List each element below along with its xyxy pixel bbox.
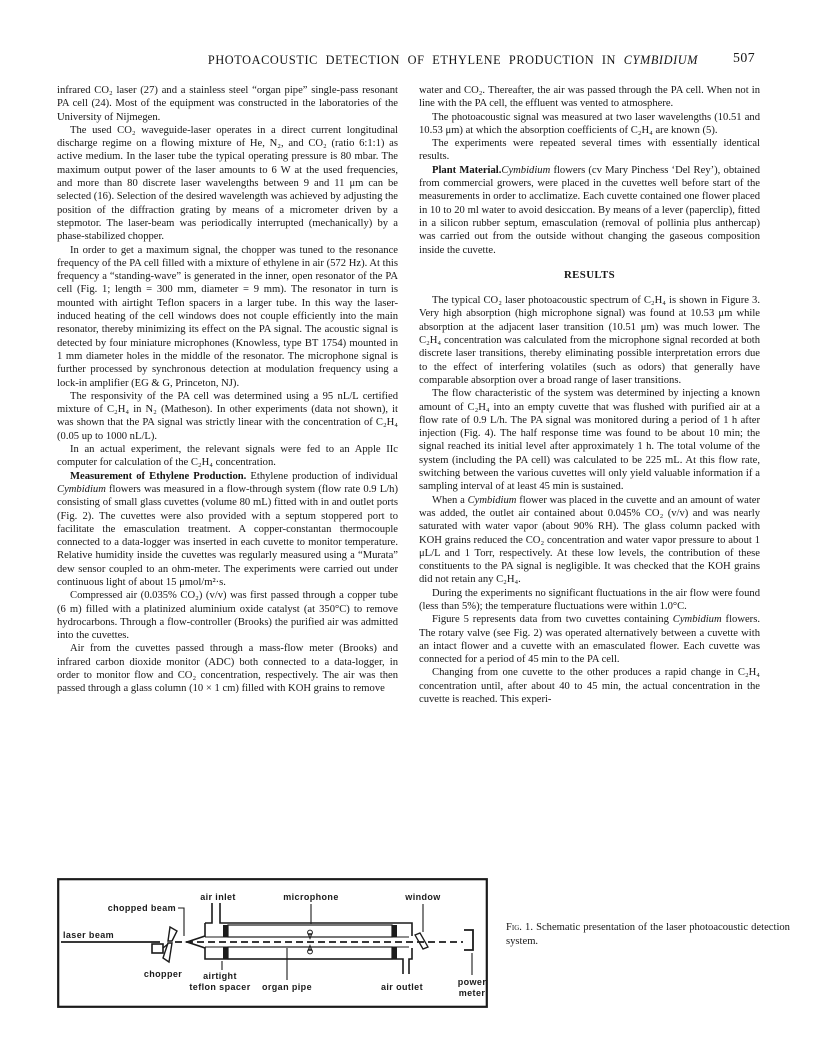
text-run: flower was placed in the cuvette and an … [419, 495, 760, 586]
paragraph: During the experiments no significant fl… [419, 587, 760, 614]
italic-run: Cymbidium [57, 484, 106, 495]
text-run: flowers was measured in a flow-through s… [57, 484, 398, 588]
text-run: infrared CO₂ laser (27) and a stainless … [57, 85, 398, 123]
figure-diagram: air inlet microphone window chopped beam… [57, 878, 488, 1008]
text-run: When a [432, 495, 468, 506]
paragraph: The photoacoustic signal was measured at… [419, 111, 760, 138]
italic-run: Cymbidium [468, 495, 517, 506]
bold-lead: Measurement of Ethylene Production. [70, 471, 246, 482]
text-run: During the experiments no significant fl… [419, 588, 760, 612]
text-run: The flow characteristic of the system wa… [419, 388, 760, 492]
text-run: The responsivity of the PA cell was dete… [57, 391, 398, 442]
paragraph: Changing from one cuvette to the other p… [419, 666, 760, 706]
organ-pipe-label: organ pipe [262, 982, 312, 992]
running-title-text: PHOTOACOUSTIC DETECTION OF ETHYLENE PROD… [208, 53, 616, 67]
chopped-beam-label: chopped beam [108, 903, 176, 913]
pa-cell-outline [187, 903, 412, 974]
paragraph: The typical CO₂ laser photoacoustic spec… [419, 294, 760, 387]
text-run: Figure 5 represents data from two cuvett… [432, 614, 673, 625]
text-run: Air from the cuvettes passed through a m… [57, 643, 398, 694]
text-run: In an actual experiment, the relevant si… [57, 444, 398, 468]
laser-beam-label: laser beam [63, 930, 114, 940]
paragraph: Figure 5 represents data from two cuvett… [419, 613, 760, 666]
paragraph: water and CO₂. Thereafter, the air was p… [419, 84, 760, 111]
page-number: 507 [733, 50, 755, 66]
paragraph: The responsivity of the PA cell was dete… [57, 390, 398, 443]
power-meter-shape [464, 930, 473, 950]
paragraph: Compressed air (0.035% CO₂) (v/v) was fi… [57, 589, 398, 642]
italic-run: Cymbidium [673, 614, 722, 625]
text-run: Changing from one cuvette to the other p… [419, 667, 760, 705]
paragraph: The used CO₂ waveguide-laser operates in… [57, 124, 398, 244]
results-heading: RESULTS [419, 269, 760, 282]
figure-caption-body: Schematic presentation of the laser phot… [506, 922, 790, 947]
text-run: The experiments were repeated several ti… [419, 138, 760, 162]
text-run: water and CO₂. Thereafter, the air was p… [419, 85, 760, 109]
airtight-label-line2: teflon spacer [189, 982, 250, 992]
paragraph: The experiments were repeated several ti… [419, 137, 760, 164]
airtight-label-line1: airtight [203, 971, 237, 981]
italic-run: Cymbidium [501, 165, 550, 176]
text-run: The used CO₂ waveguide-laser operates in… [57, 125, 398, 242]
paragraph: infrared CO₂ laser (27) and a stainless … [57, 84, 398, 124]
paragraph: In order to get a maximum signal, the ch… [57, 244, 398, 390]
text-run: Ethylene production of individual [246, 471, 398, 482]
window-label: window [404, 892, 441, 902]
text-run: The typical CO₂ laser photoacoustic spec… [419, 295, 760, 386]
chopper-shape [152, 927, 177, 962]
power-meter-label-line1: power [458, 977, 487, 987]
air-inlet-label: air inlet [200, 892, 236, 902]
bold-lead: Plant Material. [432, 165, 501, 176]
air-outlet-label: air outlet [381, 982, 423, 992]
text-run: In order to get a maximum signal, the ch… [57, 245, 398, 389]
paragraph: When a Cymbidium flower was placed in th… [419, 494, 760, 587]
paragraph: Measurement of Ethylene Production. Ethy… [57, 470, 398, 590]
paragraph: In an actual experiment, the relevant si… [57, 443, 398, 470]
chopper-label: chopper [144, 969, 182, 979]
running-title-species: CYMBIDIUM [624, 53, 698, 67]
power-meter-label-line2: meter [459, 988, 486, 998]
paragraph: The flow characteristic of the system wa… [419, 387, 760, 493]
paragraph: Air from the cuvettes passed through a m… [57, 642, 398, 695]
figure-caption-text: Schematic presentation of the laser phot… [506, 922, 790, 947]
figure-caption: Fig. 1. Schematic presentation of the la… [506, 921, 790, 948]
microphone-label: microphone [283, 892, 339, 902]
column-left: infrared CO₂ laser (27) and a stainless … [57, 84, 398, 696]
column-right: water and CO₂. Thereafter, the air was p… [419, 84, 760, 706]
text-run: The photoacoustic signal was measured at… [419, 112, 760, 136]
window-shape [415, 933, 428, 949]
figure-caption-lead: Fig. 1. [506, 922, 533, 933]
text-run: flowers (cv Mary Pinchess ‘Del Rey’), ob… [419, 165, 760, 256]
journal-page: PHOTOACOUSTIC DETECTION OF ETHYLENE PROD… [0, 0, 816, 1062]
figure-1: air inlet microphone window chopped beam… [57, 878, 488, 1008]
text-run: Compressed air (0.035% CO₂) (v/v) was fi… [57, 590, 398, 641]
running-title: PHOTOACOUSTIC DETECTION OF ETHYLENE PROD… [128, 53, 778, 68]
paragraph: Plant Material.Cymbidium flowers (cv Mar… [419, 164, 760, 257]
